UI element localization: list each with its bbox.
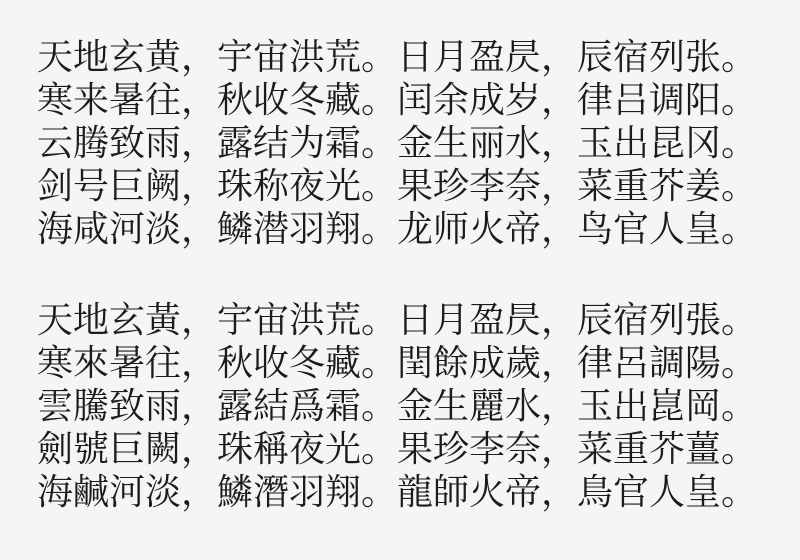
text-line: 云腾致雨，露结为霜。金生丽水，玉出昆冈。	[37, 122, 780, 165]
traditional-chinese-block: 天地玄黃，宇宙洪荒。日月盈昃，辰宿列張。 寒來暑往，秋收冬藏。閏餘成歲，律呂調陽…	[37, 299, 780, 514]
text-line: 海鹹河淡，鱗潛羽翔。龍師火帝，鳥官人皇。	[37, 471, 780, 514]
text-line: 海咸河淡，鳞潜羽翔。龙师火帝，鸟官人皇。	[37, 208, 780, 251]
text-line: 天地玄黃，宇宙洪荒。日月盈昃，辰宿列張。	[37, 299, 780, 342]
simplified-chinese-block: 天地玄黄，宇宙洪荒。日月盈昃，辰宿列张。 寒来暑往，秋收冬藏。闰余成岁，律吕调阳…	[37, 36, 780, 251]
text-line: 寒來暑往，秋收冬藏。閏餘成歲，律呂調陽。	[37, 342, 780, 385]
text-line: 剑号巨阙，珠称夜光。果珍李奈，菜重芥姜。	[37, 165, 780, 208]
text-line: 天地玄黄，宇宙洪荒。日月盈昃，辰宿列张。	[37, 36, 780, 79]
text-line: 寒来暑往，秋收冬藏。闰余成岁，律吕调阳。	[37, 79, 780, 122]
text-line: 雲騰致雨，露結爲霜。金生麗水，玉出崑岡。	[37, 385, 780, 428]
text-line: 劍號巨闕，珠稱夜光。果珍李奈，菜重芥薑。	[37, 428, 780, 471]
text-page: 天地玄黄，宇宙洪荒。日月盈昃，辰宿列张。 寒来暑往，秋收冬藏。闰余成岁，律吕调阳…	[0, 0, 800, 560]
